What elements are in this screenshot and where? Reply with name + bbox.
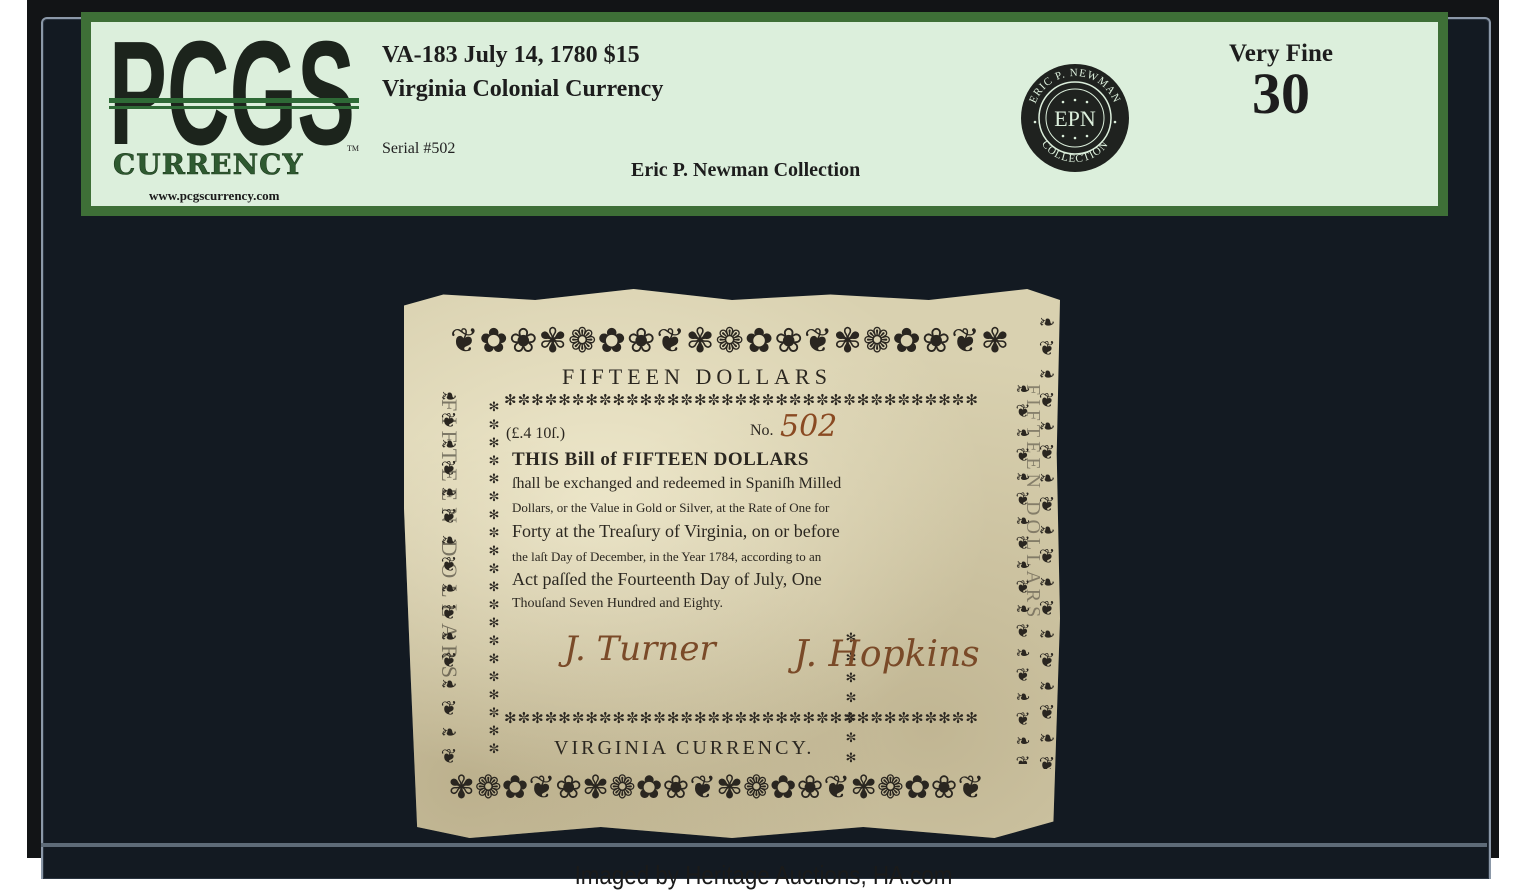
- note-footer: VIRGINIA CURRENCY.: [554, 737, 814, 760]
- bottom-ornament-border: ✾❁✿❦❀✾❁✿❀❦✾❁✿❀❦✾❁✿❀❦: [448, 767, 1048, 807]
- holder-label-inner: PCGS TM CURRENCY www.pcgscurrency.com VA…: [91, 22, 1438, 206]
- svg-text:EPN: EPN: [1054, 106, 1096, 131]
- header-ornament-row: ✻✼✻✼✻✼✻✼✻✼✻✼✻✼✻✼✻✼✻✼✻✼✻✼✻✼✻✼✻✼✻✼✻✼✻: [504, 391, 1014, 409]
- side-text-right: FIFTEEN DOLLARS: [1021, 384, 1044, 621]
- holder-slab-edge: [41, 843, 1487, 847]
- epn-seal-icon: ERIC P. NEWMAN COLLECTION EPN: [1019, 62, 1131, 174]
- left-inner-ornament-column: ✻✼✻✼✻✼✻✼✻✼✻✼✻✼✻✼✻✼✻✼: [486, 399, 502, 759]
- image-credit: Imaged by Heritage Auctions, HA.com: [107, 860, 1420, 891]
- currency-note: ❦✿❀✾❁✿❀❦✾❁✿❀❦✾❁✿❀❦✾ ❧❦❧❦❧❦❧❦❧❦❧❦❧❦❧❦❧❦❧❦…: [404, 289, 1060, 838]
- note-body-line: Forty at the Treaſury of Virginia, on or…: [512, 521, 840, 542]
- number-label: No.: [750, 422, 774, 440]
- grade-number: 30: [1201, 60, 1361, 127]
- note-body-line: Dollars, or the Value in Gold or Silver,…: [512, 500, 829, 516]
- series-title: Virginia Colonial Currency: [382, 76, 663, 103]
- note-body-line: Thouſand Seven Hundred and Eighty.: [512, 596, 723, 612]
- footer-ornament-row: ✻✼✻✼✻✼✻✼✻✼✻✼✻✼✻✼✻✼✻✼✻✼✻✼✻✼✻✼✻✼✻✼✻✼✻: [504, 709, 1024, 727]
- note-header: FIFTEEN DOLLARS: [562, 364, 832, 390]
- svg-text:TM: TM: [347, 144, 359, 153]
- top-ornament-border: ❦✿❀✾❁✿❀❦✾❁✿❀❦✾❁✿❀❦✾: [450, 321, 1040, 361]
- side-text-left: FIFTEEN DOLLARS: [436, 399, 462, 684]
- sterling-amount: (£.4 10ſ.): [506, 425, 565, 443]
- note-body-line: the laſt Day of December, in the Year 17…: [512, 549, 821, 565]
- serial-number: Serial #502: [382, 140, 455, 158]
- note-body-line: THIS Bill of FIFTEEN DOLLARS: [512, 449, 809, 471]
- signature-hopkins: J. Hopkins: [794, 634, 980, 675]
- pcgs-currency-wordmark: CURRENCY: [113, 148, 303, 181]
- signature-turner: J. Turner: [564, 629, 716, 669]
- pcgs-logo-icon: PCGS TM: [109, 36, 359, 166]
- note-body-line: Act paſſed the Fourteenth Day of July, O…: [512, 569, 822, 590]
- note-body-line: ſhall be exchanged and redeemed in Spani…: [512, 475, 841, 493]
- catalog-title: VA-183 July 14, 1780 $15: [382, 42, 640, 69]
- handwritten-serial: 502: [780, 409, 837, 444]
- holder-label: PCGS TM CURRENCY www.pcgscurrency.com VA…: [81, 12, 1448, 216]
- pcgs-website-link[interactable]: www.pcgscurrency.com: [149, 188, 279, 204]
- pedigree-collection: Eric P. Newman Collection: [631, 159, 860, 182]
